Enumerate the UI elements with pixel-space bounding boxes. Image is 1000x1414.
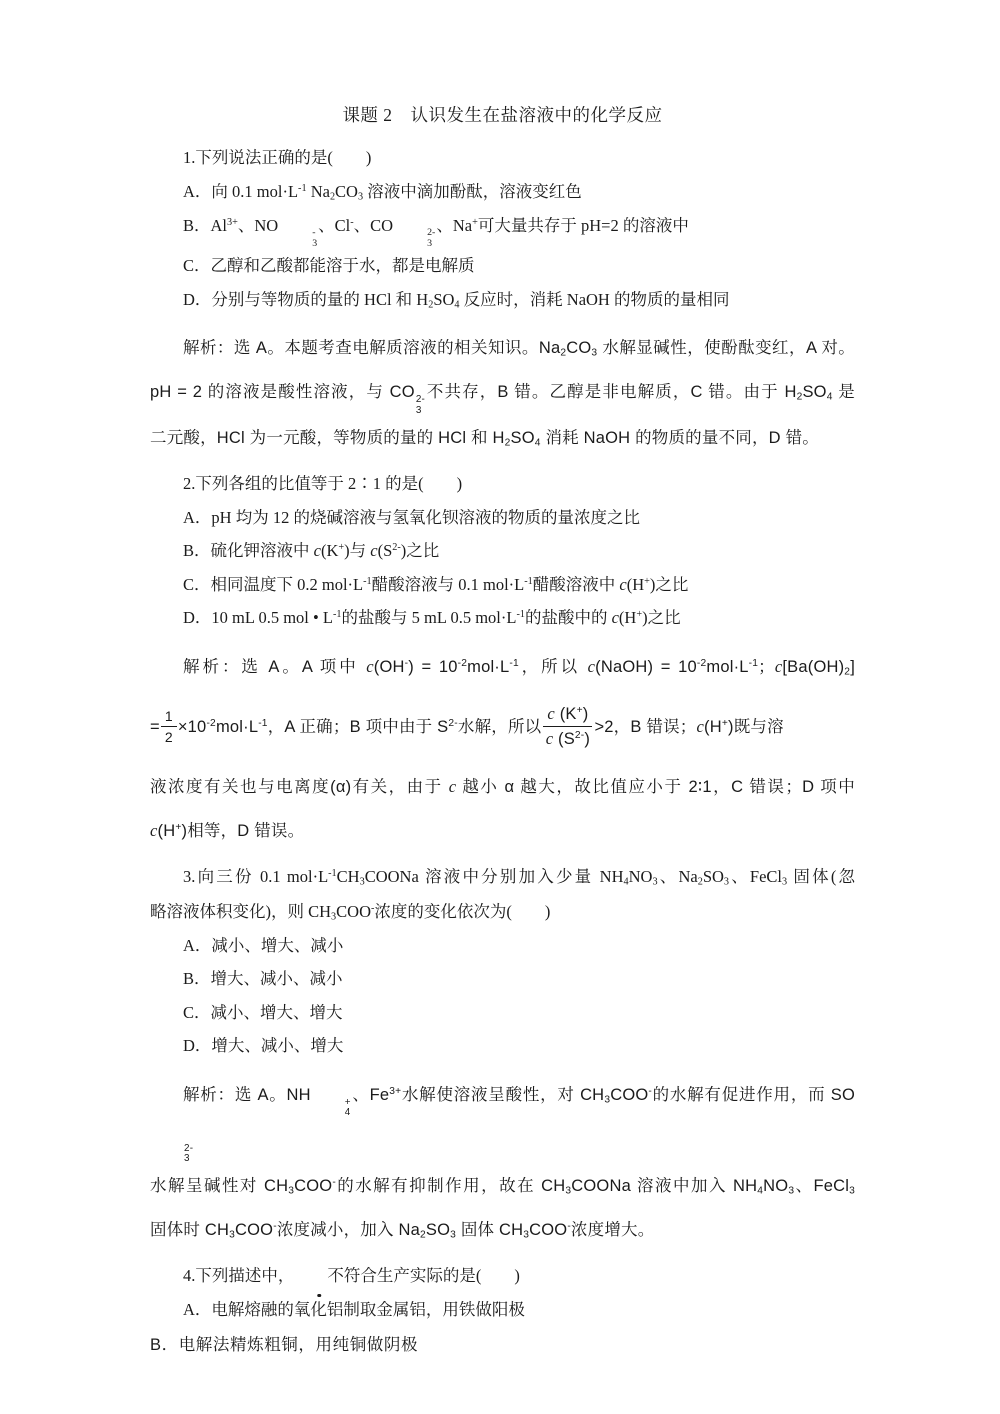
page-title: 课题 2 认识发生在盐溶液中的化学反应 <box>150 102 855 128</box>
question-3-option-b: B．增大、减小、减小 <box>150 962 855 996</box>
question-2-solution-line-4: c(H+)相等，D 错误。 <box>150 809 855 853</box>
question-2-stem: 2.下列各组的比值等于 2∶1 的是( ) <box>150 466 855 501</box>
question-2-option-c: C．相同温度下 0.2 mol·L-1醋酸溶液与 0.1 mol·L-1醋酸溶液… <box>150 568 855 602</box>
fraction-numerator: 1 <box>161 707 177 727</box>
question-2-option-a: A．pH 均为 12 的烧碱溶液与氢氧化钡溶液的物质的量浓度之比 <box>150 501 855 535</box>
fraction-numerator: c (K+) <box>543 703 592 727</box>
question-3-option-a: A．减小、增大、减小 <box>150 929 855 963</box>
fraction-one-half: 1 2 <box>161 707 177 746</box>
question-4: 4.下列描述中，不符合生产实际的是( ) A．电解熔融的氧化铝制取金属铝，用铁做… <box>150 1258 855 1363</box>
question-2-solution-line-3: 液浓度有关也与电离度(α)有关，由于 c 越小 α 越大，故比值应小于 2∶1，… <box>150 765 855 809</box>
worksheet-page: 课题 2 认识发生在盐溶液中的化学反应 1.下列说法正确的是( ) A．向 0.… <box>0 0 1000 1414</box>
question-4-option-a: A．电解熔融的氧化铝制取金属铝，用铁做阳极 <box>150 1293 855 1327</box>
fraction-ck-over-cs: c (K+) c (S2-) <box>543 703 592 751</box>
question-3-stem-line-1: 3.向三份 0.1 mol·L-1CH3COONa 溶液中分别加入少量 NH4N… <box>150 859 855 894</box>
question-1-solution-line-1: 解析：选 A。本题考查电解质溶液的相关知识。Na2CO3 水解显碱性，使酚酞变红… <box>150 326 855 370</box>
question-2: 2.下列各组的比值等于 2∶1 的是( ) A．pH 均为 12 的烧碱溶液与氢… <box>150 466 855 853</box>
question-1-solution-line-3: 二元酸，HCl 为一元酸，等物质的量的 HCl 和 H2SO4 消耗 NaOH … <box>150 416 855 460</box>
question-3-solution-line-2: 水解呈碱性对 CH3COO-的水解有抑制作用，故在 CH3COONa 溶液中加入… <box>150 1164 855 1208</box>
fraction-denominator: c (S2-) <box>543 727 592 750</box>
question-3: 3.向三份 0.1 mol·L-1CH3COONa 溶液中分别加入少量 NH4N… <box>150 859 855 1252</box>
fraction-denominator: 2 <box>161 727 177 746</box>
question-2-option-b: B．硫化钾溶液中 c(K+)与 c(S2-)之比 <box>150 534 855 568</box>
question-2-solution-line-1: 解析：选 A。A 项中 c(OH-) = 10-2mol·L-1，所以 c(Na… <box>150 645 855 689</box>
question-1-option-b: B．Al3+、NO-3、Cl-、CO2-3、Na+可大量共存于 pH=2 的溶液… <box>150 209 855 250</box>
question-4-stem: 4.下列描述中，不符合生产实际的是( ) <box>150 1258 855 1293</box>
question-4-option-b: B．电解法精炼粗铜，用纯铜做阴极 <box>150 1327 855 1363</box>
question-2-option-d: D．10 mL 0.5 mol • L-1的盐酸与 5 mL 0.5 mol·L… <box>150 601 855 635</box>
question-1-option-d: D．分别与等物质的量的 HCl 和 H2SO4 反应时，消耗 NaOH 的物质的… <box>150 283 855 317</box>
question-3-solution-line-3: 固体时 CH3COO-浓度减小，加入 Na2SO3 固体 CH3COO-浓度增大… <box>150 1208 855 1252</box>
question-3-option-d: D．增大、减小、增大 <box>150 1029 855 1063</box>
question-1-stem: 1.下列说法正确的是( ) <box>150 140 855 175</box>
question-3-solution-line-1: 解析：选 A。NH+4、Fe3+水解使溶液呈酸性，对 CH3COO-的水解有促进… <box>150 1073 855 1164</box>
solution-text-segment-post: >2，B 错误；c(H+)既与溶 <box>594 705 783 749</box>
equals-sign: = <box>150 705 160 749</box>
question-1: 1.下列说法正确的是( ) A．向 0.1 mol·L-1 Na2CO3 溶液中… <box>150 140 855 460</box>
question-1-option-c: C．乙醇和乙酸都能溶于水，都是电解质 <box>150 249 855 283</box>
question-1-solution-line-2: pH = 2 的溶液是酸性溶液，与 CO2-3不共存，B 错。乙醇是非电解质，C… <box>150 370 855 416</box>
question-1-option-a: A．向 0.1 mol·L-1 Na2CO3 溶液中滴加酚酞，溶液变红色 <box>150 175 855 209</box>
solution-text-segment-mid: ×10-2mol·L-1，A 正确；B 项中由于 S2-水解，所以 <box>178 705 542 749</box>
question-3-stem-line-2: 略溶液体积变化)，则 CH3COO-浓度的变化依次为( ) <box>150 894 855 929</box>
question-3-option-c: C．减小、增大、增大 <box>150 996 855 1030</box>
question-2-solution-fraction-line: = 1 2 ×10-2mol·L-1，A 正确；B 项中由于 S2-水解，所以 … <box>150 689 855 765</box>
